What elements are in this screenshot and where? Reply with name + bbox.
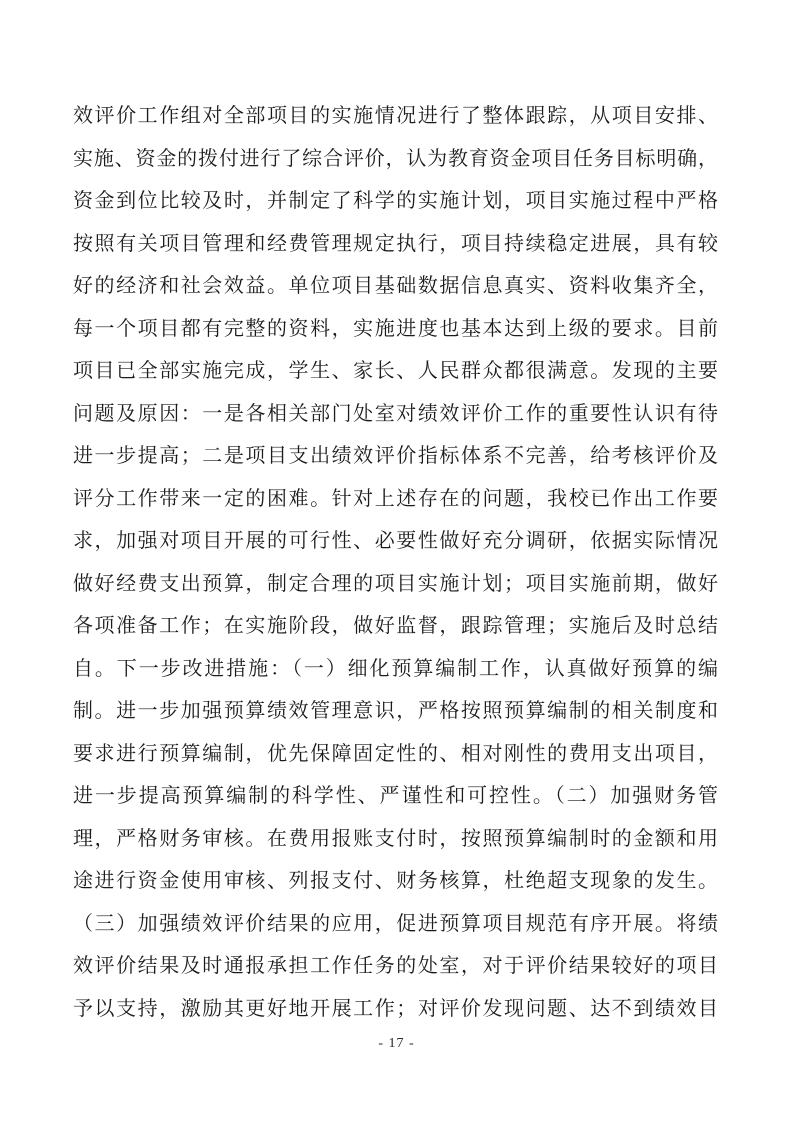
text-line: 进一步提高预算编制的科学性、严谨性和可控性。（二）加强财务管 [73, 775, 718, 818]
text-line: 做好经费支出预算，制定合理的项目实施计划；项目实施前期，做好 [73, 563, 718, 606]
text-line: 进一步提高；二是项目支出绩效评价指标体系不完善，给考核评价及 [73, 435, 718, 478]
text-line: 资金到位比较及时，并制定了科学的实施计划，项目实施过程中严格 [73, 180, 718, 223]
page-number: - 17 - [0, 1036, 793, 1052]
text-line: 按照有关项目管理和经费管理规定执行，项目持续稳定进展，具有较 [73, 223, 718, 266]
text-line: 求，加强对项目开展的可行性、必要性做好充分调研，依据实际情况 [73, 520, 718, 563]
text-line: 每一个项目都有完整的资料，实施进度也基本达到上级的要求。目前 [73, 308, 718, 351]
text-line: 理，严格财务审核。在费用报账支付时，按照预算编制时的金额和用 [73, 818, 718, 861]
text-line: 要求进行预算编制，优先保障固定性的、相对刚性的费用支出项目， [73, 733, 718, 776]
text-line: 好的经济和社会效益。单位项目基础数据信息真实、资料收集齐全， [73, 265, 718, 308]
text-line: 各项准备工作；在实施阶段，做好监督，跟踪管理；实施后及时总结 [73, 605, 718, 648]
text-line: 途进行资金使用审核、列报支付、财务核算，杜绝超支现象的发生。 [73, 860, 718, 903]
text-line: （三）加强绩效评价结果的应用，促进预算项目规范有序开展。将绩 [73, 903, 718, 946]
text-line: 问题及原因：一是各相关部门处室对绩效评价工作的重要性认识有待 [73, 393, 718, 436]
text-line: 予以支持，激励其更好地开展工作；对评价发现问题、达不到绩效目 [73, 988, 718, 1031]
text-line: 效评价工作组对全部项目的实施情况进行了整体跟踪，从项目安排、 [73, 95, 718, 138]
text-line: 评分工作带来一定的困难。针对上述存在的问题，我校已作出工作要 [73, 478, 718, 521]
text-line: 实施、资金的拨付进行了综合评价，认为教育资金项目任务目标明确， [73, 138, 718, 181]
text-line: 制。进一步加强预算绩效管理意识，严格按照预算编制的相关制度和 [73, 690, 718, 733]
text-line: 自。下一步改进措施：（一）细化预算编制工作，认真做好预算的编 [73, 648, 718, 691]
document-page: 效评价工作组对全部项目的实施情况进行了整体跟踪，从项目安排、实施、资金的拨付进行… [0, 0, 793, 1122]
text-line: 项目已全部实施完成，学生、家长、人民群众都很满意。发现的主要 [73, 350, 718, 393]
body-text: 效评价工作组对全部项目的实施情况进行了整体跟踪，从项目安排、实施、资金的拨付进行… [73, 95, 718, 1030]
text-line: 效评价结果及时通报承担工作任务的处室，对于评价结果较好的项目 [73, 945, 718, 988]
